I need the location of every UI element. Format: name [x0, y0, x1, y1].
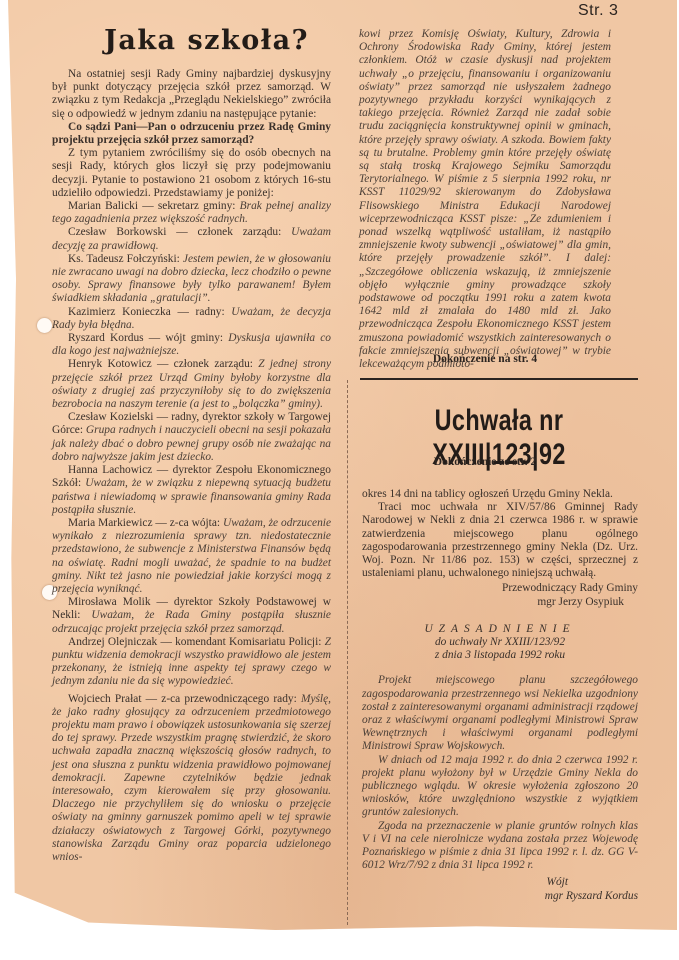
response-item: Henryk Kotowicz — członek zarządu: Z jed… — [52, 358, 331, 411]
continued-note: Dokończenie na str. 4 — [359, 353, 611, 365]
response-speaker: Kazimierz Konieczka — radny: — [68, 306, 231, 318]
response-answer: Uważam, że Rada Gminy postąpiła słusznie… — [52, 609, 331, 634]
continued-from-note: Dokończenie ze str. 2 — [359, 456, 611, 468]
justification-paragraph: Zgoda na przeznaczenie w planie gruntów … — [362, 820, 638, 873]
resolution-paragraph: Traci moc uchwała nr XIV/57/86 Gminnej R… — [362, 501, 638, 580]
signature-role: Wójt — [362, 876, 638, 889]
resolution-body: okres 14 dni na tablicy ogłoszeń Urzędu … — [362, 488, 638, 903]
justification-date: z dnia 3 listopada 1992 roku — [362, 649, 638, 662]
article-continuation: kowi przez Komisję Oświaty, Kultury, Zdr… — [359, 28, 611, 371]
signature-name: mgr Ryszard Kordus — [362, 890, 638, 903]
justification-heading: UZASADNIENIE — [362, 623, 638, 636]
response-item: Hanna Lachowicz — dyrektor Zespołu Ekono… — [52, 464, 331, 517]
signature-name: mgr Jerzy Osypiuk — [362, 596, 638, 609]
response-item: Ks. Tadeusz Fołczyński: Jestem pewien, ż… — [52, 253, 331, 306]
response-speaker: Ks. Tadeusz Fołczyński: — [68, 253, 183, 265]
response-item: Mirosława Molik — dyrektor Szkoły Podsta… — [52, 596, 331, 636]
response-speaker: Maria Markiewicz — z-ca wójta: — [68, 517, 223, 529]
section-rule — [360, 378, 638, 380]
response-item: Wojciech Prałat — z-ca przewodniczącego … — [52, 693, 331, 865]
response-item: Marian Balicki — sekretarz gminy: Brak p… — [52, 200, 331, 226]
signature-role: Przewodniczący Rady Gminy — [362, 582, 638, 595]
intro-paragraph: Na ostatniej sesji Rady Gminy najbardzie… — [52, 68, 331, 121]
response-answer: Uważam, że w związku z niepewną sytuacją… — [52, 477, 331, 515]
response-answer: Myślę, że jako radny głosujący za odrzuc… — [52, 693, 331, 863]
punch-hole — [37, 318, 52, 333]
response-item: Czesław Kozielski — radny, dyrektor szko… — [52, 411, 331, 464]
response-item: Ryszard Kordus — wójt gminy: Dyskusja uj… — [52, 332, 331, 358]
response-item: Kazimierz Konieczka — radny: Uważam, że … — [52, 306, 331, 332]
justification-paragraph: Projekt miejscowego planu szczegółowego … — [362, 674, 638, 753]
article-title: Jaka szkoła? — [82, 26, 331, 56]
justification-ref: do uchwały Nr XXIII/123/92 — [362, 636, 638, 649]
justification-paragraph: W dniach od 12 maja 1992 r. do dnia 2 cz… — [362, 754, 638, 820]
response-item: Czesław Borkowski — członek zarządu: Uwa… — [52, 226, 331, 252]
method-paragraph: Z tym pytaniem zwróciliśmy się do osób o… — [52, 147, 331, 200]
page-number: Str. 3 — [578, 2, 618, 20]
resolution-paragraph: okres 14 dni na tablicy ogłoszeń Urzędu … — [362, 488, 638, 501]
response-speaker: Marian Balicki — sekretarz gminy: — [68, 200, 240, 212]
survey-question: Co sądzi Pani—Pan o odrzuceniu przez Rad… — [52, 121, 331, 147]
column-divider — [347, 380, 348, 925]
article-jaka-szkola: Jaka szkoła? Na ostatniej sesji Rady Gmi… — [52, 26, 331, 864]
response-speaker: Andrzej Olejniczak — komendant Komisaria… — [68, 636, 325, 648]
response-item: Maria Markiewicz — z-ca wójta: Uważam, ż… — [52, 517, 331, 596]
response-speaker: Henryk Kotowicz — członek zarządu: — [68, 358, 258, 370]
responses-list: Marian Balicki — sekretarz gminy: Brak p… — [52, 200, 331, 864]
response-answer: Grupa radnych i nauczycieli obecni na se… — [52, 424, 331, 462]
response-speaker: Czesław Borkowski — członek zarządu: — [68, 226, 291, 238]
response-speaker: Wojciech Prałat — z-ca przewodniczącego … — [68, 693, 301, 705]
response-item: Andrzej Olejniczak — komendant Komisaria… — [52, 636, 331, 689]
continuation-paragraph: kowi przez Komisję Oświaty, Kultury, Zdr… — [359, 28, 611, 371]
response-speaker: Ryszard Kordus — wójt gminy: — [68, 332, 228, 344]
